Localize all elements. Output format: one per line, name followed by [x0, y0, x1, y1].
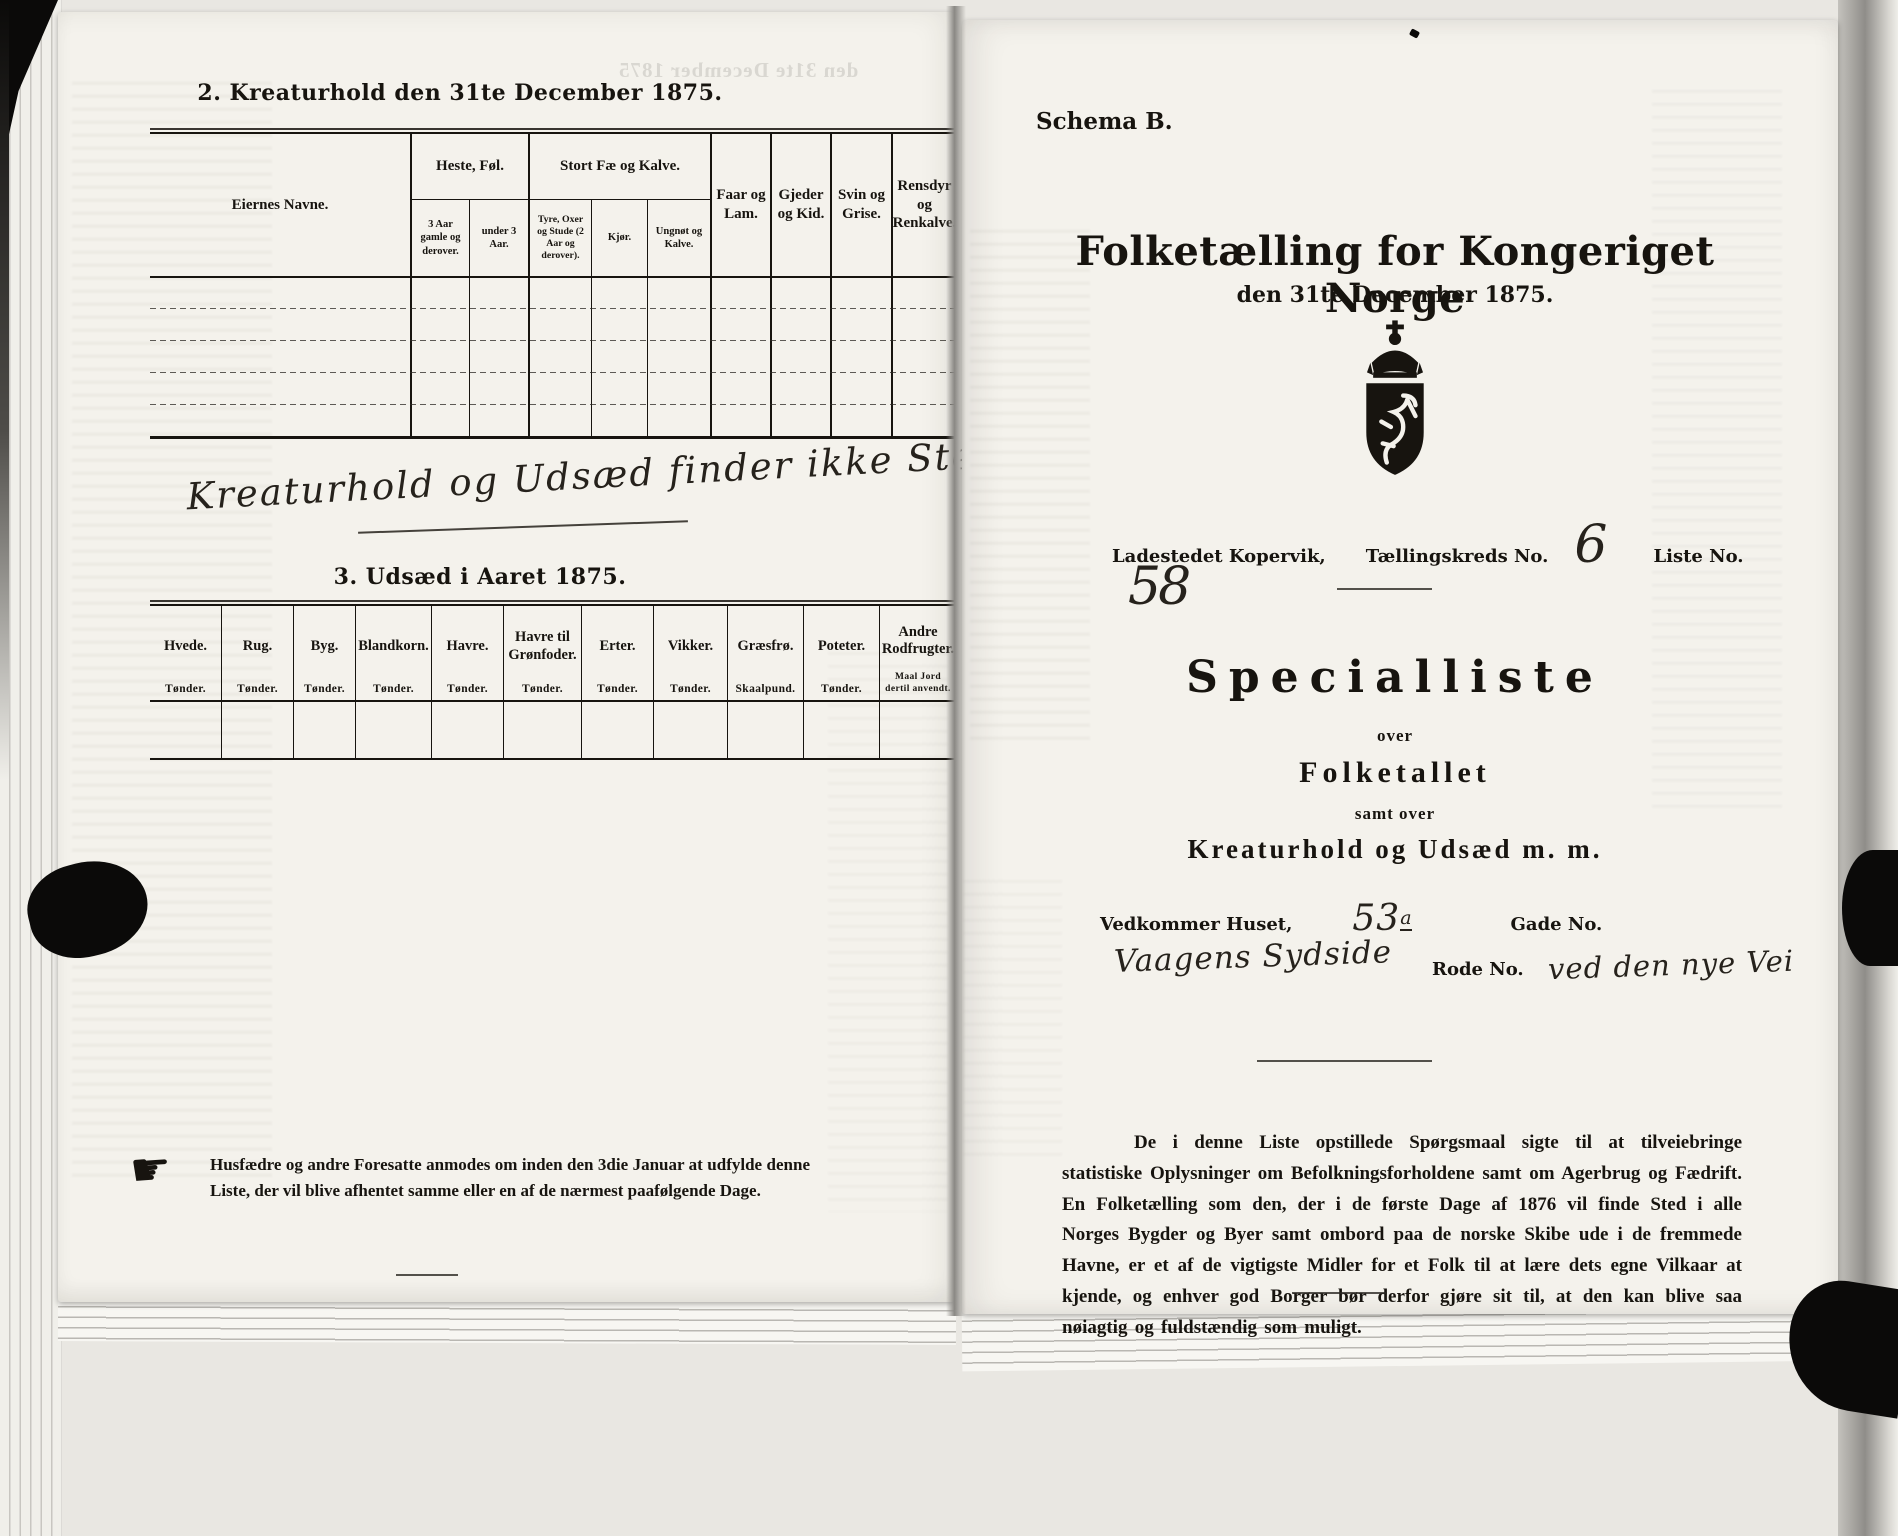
seed-col-unit: Tønder.	[237, 683, 278, 695]
seed-col-name: Havre til Grønfoder.	[506, 610, 579, 683]
col-sub-horses-old: 3 Aar gamle og derover.	[412, 200, 470, 276]
body-col-horses-old	[412, 276, 470, 436]
left-page-stack-edges	[0, 0, 62, 1536]
special-list-title: Specialliste	[1065, 652, 1725, 703]
table-row-line	[150, 404, 956, 405]
col-sub-cattle-bulls: Tyre, Oxer og Stude (2 Aar og derover).	[530, 200, 592, 276]
seed-col-unit: Tønder.	[447, 683, 488, 695]
col-sub-cattle-calves: Ungnøt og Kalve.	[648, 200, 712, 276]
page-gutter-shadow	[946, 6, 966, 1316]
seed-col-havre: Havre. Tønder.	[432, 606, 504, 700]
over-label: over	[1065, 726, 1725, 746]
seed-col-graesfro: Græsfrø. Skaalpund.	[728, 606, 804, 700]
seed-body-cell	[432, 700, 504, 758]
body-col-horses-young	[470, 276, 530, 436]
seed-col-unit: Tønder.	[373, 683, 414, 695]
livestock-seed-label: Kreaturhold og Udsæd m. m.	[1065, 834, 1725, 865]
handwritten-no-livestock-note: Kreaturhold og Udsæd finder ikke Sted	[185, 433, 1002, 519]
census-subtitle: den 31te December 1875.	[1025, 282, 1765, 308]
seed-col-poteter: Poteter. Tønder.	[804, 606, 880, 700]
seed-body-cell	[356, 700, 432, 758]
seed-col-name: Erter.	[599, 610, 635, 683]
seed-col-unit: Tønder.	[597, 683, 638, 695]
rode-line: Rode No. ved den nye Vei	[1432, 948, 1852, 982]
left-page: den 31te December 1875 2. Kreaturhold de…	[58, 12, 956, 1302]
seed-col-hvede: Hvede. Tønder.	[150, 606, 222, 700]
house-label: Vedkommer Huset,	[1100, 914, 1292, 935]
rode-value-handwritten: ved den nye Vei	[1547, 944, 1794, 987]
list-label: Liste No.	[1653, 546, 1743, 567]
seed-body-cell	[294, 700, 356, 758]
street-value-handwritten: Vaagens Sydside	[1113, 934, 1392, 980]
seed-col-andre-rodfrugter: Andre Rodfrugter. Maal Jord dertil anven…	[880, 606, 956, 700]
divider-rule	[1257, 1060, 1432, 1062]
norwegian-coat-of-arms	[1354, 320, 1436, 483]
seed-body-cell	[504, 700, 582, 758]
col-header-goats: Gjeder og Kid.	[772, 134, 832, 276]
body-col-owner	[150, 276, 412, 436]
seed-col-havre-gronfoder: Havre til Grønfoder. Tønder.	[504, 606, 582, 700]
divider-rule	[1337, 588, 1432, 590]
seed-col-rug: Rug. Tønder.	[222, 606, 294, 700]
seed-col-vikker: Vikker. Tønder.	[654, 606, 728, 700]
right-edge-ink-blob	[1842, 850, 1898, 966]
body-col-cattle-cows	[592, 276, 648, 436]
handwritten-note-underline	[358, 520, 688, 534]
population-label: Folketallet	[1065, 756, 1725, 790]
livestock-section-title: 2. Kreaturhold den 31te December 1875.	[110, 80, 810, 106]
street-label: Gade No.	[1511, 914, 1603, 935]
ink-speck	[1409, 28, 1420, 38]
table-row-line	[150, 372, 956, 373]
table-row-line	[150, 308, 956, 309]
seed-col-name: Rug.	[243, 610, 272, 683]
col-group-horses: Heste, Føl.	[412, 134, 530, 200]
col-header-pigs: Svin og Grise.	[832, 134, 893, 276]
body-col-pigs	[832, 276, 893, 436]
collection-footnote: Husfædre og andre Foresatte anmodes om i…	[210, 1152, 810, 1205]
seed-col-unit: Skaalpund.	[736, 683, 796, 695]
bottom-sheet-stack-left	[58, 1297, 956, 1345]
seed-col-name: Byg.	[311, 610, 339, 683]
bleed-through-smudge	[962, 880, 1062, 1160]
col-group-cattle: Stort Fæ og Kalve.	[530, 134, 712, 200]
seed-section-title: 3. Udsæd i Aaret 1875.	[130, 564, 830, 590]
seed-col-unit: Tønder.	[165, 683, 206, 695]
col-header-sheep: Faar og Lam.	[712, 134, 772, 276]
table-row-line	[150, 340, 956, 341]
seed-col-unit: Tønder.	[304, 683, 345, 695]
seed-body-cell	[654, 700, 728, 758]
seed-col-name: Havre.	[446, 610, 488, 683]
col-sub-horses-young: under 3 Aar.	[470, 200, 530, 276]
seed-table: Hvede. Tønder. Rug. Tønder. Byg. Tønder.…	[150, 604, 957, 760]
seed-col-name: Poteter.	[818, 610, 865, 683]
seed-body-cell	[804, 700, 880, 758]
census-explanatory-paragraph: De i denne Liste opstillede Spørgsmaal s…	[1062, 1128, 1742, 1343]
right-page: Schema B. Folketælling for Kongeriget No…	[962, 20, 1838, 1314]
location-line: Ladestedet Kopervik, Tællingskreds No. 6…	[1112, 525, 1772, 609]
livestock-table: Eiernes Navne. Heste, Føl. Stort Fæ og K…	[150, 132, 957, 439]
header-separator-line	[150, 276, 956, 278]
district-label: Tællingskreds No.	[1366, 546, 1549, 567]
house-number-handwritten: 53	[1352, 898, 1400, 939]
bottom-short-rule-left	[396, 1274, 458, 1276]
house-number-suffix-handwritten: a	[1400, 907, 1411, 931]
samt-over-label: samt over	[1065, 804, 1725, 824]
seed-col-unit: Tønder.	[522, 683, 563, 695]
seed-col-unit: Tønder.	[670, 683, 711, 695]
body-col-cattle-bulls	[530, 276, 592, 436]
seed-body-cell	[880, 700, 956, 758]
body-col-cattle-calves	[648, 276, 712, 436]
rode-label: Rode No.	[1432, 959, 1524, 980]
seed-body-cell	[150, 700, 222, 758]
coat-of-arms-graphic	[1354, 320, 1436, 478]
seed-col-name: Blandkorn.	[358, 610, 429, 683]
col-sub-cattle-cows: Kjør.	[592, 200, 648, 276]
seed-col-name: Hvede.	[164, 610, 207, 683]
census-scan-canvas: den 31te December 1875 2. Kreaturhold de…	[0, 0, 1898, 1536]
schema-label: Schema B.	[1036, 108, 1173, 135]
pointing-hand-icon: ☛	[128, 1145, 172, 1194]
body-col-sheep	[712, 276, 772, 436]
seed-col-name: Andre Rodfrugter.	[882, 610, 954, 672]
header-separator-line	[150, 700, 956, 702]
seed-col-name: Vikker.	[668, 610, 713, 683]
seed-col-byg: Byg. Tønder.	[294, 606, 356, 700]
bottom-short-rule-right	[1292, 1292, 1387, 1294]
seed-col-erter: Erter. Tønder.	[582, 606, 654, 700]
seed-col-unit: Maal Jord dertil anvendt.	[882, 672, 954, 695]
col-header-owner: Eiernes Navne.	[150, 134, 412, 276]
seed-col-unit: Tønder.	[821, 683, 862, 695]
seed-col-blandkorn: Blandkorn. Tønder.	[356, 606, 432, 700]
left-edge-shadow	[0, 0, 9, 780]
seed-col-name: Græsfrø.	[738, 610, 794, 683]
list-value-handwritten: 58	[1128, 557, 1188, 617]
district-value-handwritten: 6	[1574, 515, 1607, 575]
seed-body-cell	[222, 700, 294, 758]
seed-body-cell	[728, 700, 804, 758]
body-col-goats	[772, 276, 832, 436]
seed-body-cell	[582, 700, 654, 758]
